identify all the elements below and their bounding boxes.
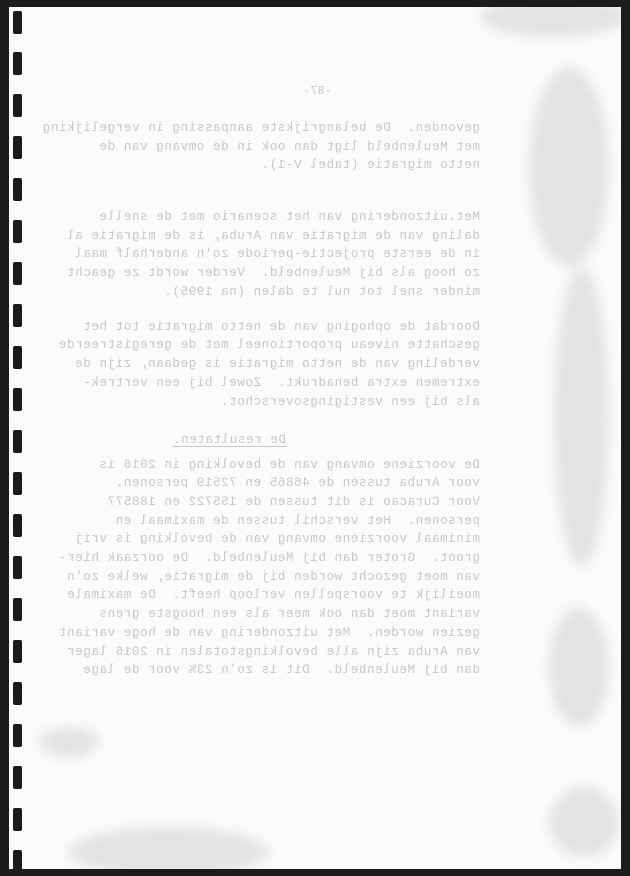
mirrored-text-block: -87- gevonden. De belangrijkste aanpassi… <box>0 0 630 876</box>
text-line: gevonden. De belangrijkste aanpassing in… <box>42 120 480 136</box>
section-heading: De resultaten. <box>172 432 286 448</box>
text-line: zo hoog als bij Meulenbeld. Verder wordt… <box>67 265 480 281</box>
text-line: extremen extra benadrukt. Zowel bij een … <box>83 375 480 391</box>
text-line: Voor Curacao is dit tussen de 155722 en … <box>107 494 480 510</box>
text-line: Met.uitzondering van het scenario met de… <box>99 209 480 225</box>
text-line: groot. Groter dan bij Meulenbeld. De oor… <box>58 550 480 566</box>
text-line: dan bij Meulenbeld. Dit is zo'n 23% voor… <box>83 662 480 678</box>
text-line: van moet gezocht worden bij de migratie,… <box>67 569 480 585</box>
text-line: Doordat de ophoging van de netto migrati… <box>83 319 480 335</box>
text-line: minimaal voorziene omvang van de bevolki… <box>75 531 480 547</box>
text-line: netto migratie (tabel V-1). <box>261 157 480 173</box>
text-line: moeilijk te voorspellen verloop heeft. D… <box>67 587 480 603</box>
text-line: geschatte niveau proportioneel met de ge… <box>58 337 480 353</box>
text-line: verdeling van de netto migratie is gedaa… <box>75 356 480 372</box>
text-line: in de eerste projectie-periode zo'n ande… <box>75 246 480 262</box>
text-line: daling van de migratie van Aruba, is de … <box>67 228 480 244</box>
text-line: met Meulenbeld ligt dan ook in de omvang… <box>99 139 480 155</box>
page-number: -87- <box>303 84 332 98</box>
text-line: minder snel tot nul te dalen (na 1995). <box>164 284 480 300</box>
text-line: van Aruba zijn alle bevolkingstotalen in… <box>67 644 480 660</box>
text-line: variant moet dan ook meer als een hoogst… <box>99 606 480 622</box>
text-line: De voorziene omvang van de bevolking in … <box>99 457 480 473</box>
text-line: als bij een vestigingsoverschot. <box>221 394 480 410</box>
text-line: voor Aruba tussen de 46865 en 72519 pers… <box>115 475 480 491</box>
text-line: gezien worden. Met uitzondering van de h… <box>58 625 480 641</box>
text-line: personen. Het verschil tussen de maximaa… <box>115 513 480 529</box>
